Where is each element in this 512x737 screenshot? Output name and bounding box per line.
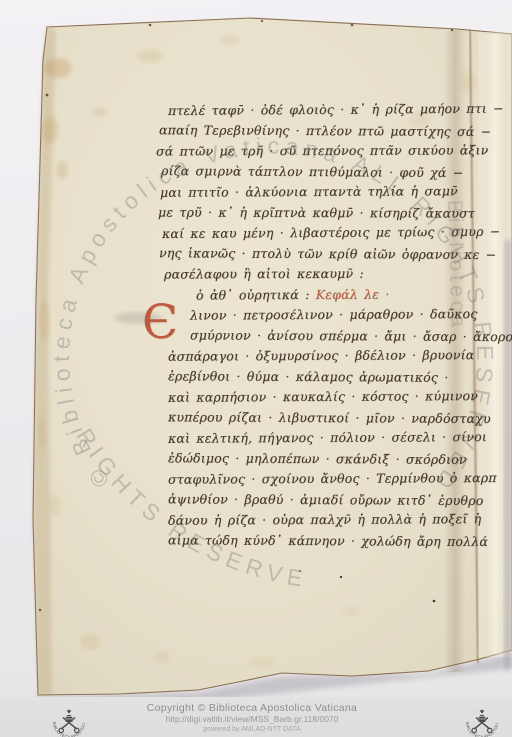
right-gutter-shade bbox=[504, 240, 512, 670]
source-url: http://digi.vatlib.it/view/MSS_Barb.gr.1… bbox=[0, 714, 508, 725]
ink-specks bbox=[299, 570, 435, 602]
manuscript-line: ἐδώδιμος · μηλοπέπων · σκάνδιξ · σκόρδιο… bbox=[156, 448, 456, 470]
manuscript-line: δάνου ἡ ρίζα · οὐρα παλχν̄ ἡ πολλὰ ἡ ποξ… bbox=[156, 509, 456, 531]
manuscript-line: λινον · πετροσέλινον · μάραθρον · δαῦκος bbox=[156, 304, 456, 326]
diuretics-lines: λινον · πετροσέλινον · μάραθρον · δαῦκος… bbox=[156, 305, 456, 551]
manuscript-line: μαι πτιτῖο · ἁλκύονια πταντὰ τηλία ἡ σαμ… bbox=[156, 181, 456, 203]
manuscript-line: σμύρνιον · ἀνίσου σπέρμα · ἄμι · ἄσαρ · … bbox=[156, 325, 456, 347]
manuscript-line: ἀσπάραγοι · ὀξυμυρσίνος · βδέλιον · βρυο… bbox=[156, 345, 456, 367]
manuscript-line: καί κε καυ μένη · λιβαστέροις με τρίως ·… bbox=[156, 222, 456, 245]
manuscript-line: ἀψινθίον · βραθύ · ἀμιαδί οὔρων κιτδ᾽ ἐρ… bbox=[156, 489, 456, 511]
manuscript-line: καὶ καρπήσιον · καυκαλίς · κόστος · κύμι… bbox=[156, 386, 456, 408]
left-edge-shade bbox=[33, 27, 56, 695]
manuscript-line: με τρῦ · κ᾽ ἡ κρῖπτνὰ καθμν̄ · κίσηρίζ ἄ… bbox=[156, 202, 456, 224]
footer-text: Copyright © Biblioteca Apostolica Vatica… bbox=[0, 702, 508, 734]
chapter-number-rubric: Κεφάλ λε · bbox=[316, 286, 390, 301]
chapter-heading-text: ὁ ἀθ᾽ οὐρητικά : bbox=[196, 286, 316, 302]
manuscript-line: ρασέλαφου ἢ αἰτοὶ κεκαυμν̄ : bbox=[156, 263, 456, 285]
vatican-library-seal-icon: BIBLIOTECA APOSTOLICA VATICANA bbox=[461, 703, 503, 737]
paragraph-diuretics: Є λινον · πετροσέλινον · μάραθρον · δαῦκ… bbox=[156, 305, 456, 551]
manuscript-line: κυπέρου ρίζαι · λιβυστικοί · μῖον · ναρδ… bbox=[156, 407, 456, 429]
paragraph-remedies: πτελέ ταφν̄ · ὀδέ φλοιὸς · κ᾽ ἡ ρίζα μαή… bbox=[156, 100, 456, 285]
manuscript-line: απαίη Τερεβινθίνης · πτλέον πτῶ μαστίχης… bbox=[156, 120, 456, 142]
chapter-heading: ὁ ἀθ᾽ οὐρητικά : Κεφάλ λε · bbox=[156, 284, 456, 306]
manuscript-line: ἐρεβίνθοι · θύμα · κάλαμος ἀρωματικός · bbox=[156, 366, 456, 388]
copyright-line: Copyright © Biblioteca Apostolica Vatica… bbox=[0, 702, 508, 714]
manuscript-text-block: πτελέ ταφν̄ · ὀδέ φλοιὸς · κ᾽ ἡ ρίζα μαή… bbox=[156, 100, 456, 551]
manuscript-line: καὶ κελτική, πήγανος · πόλιον · σέσελι ·… bbox=[156, 427, 456, 449]
manuscript-line: πτελέ ταφν̄ · ὀδέ φλοιὸς · κ᾽ ἡ ρίζα μαή… bbox=[156, 99, 456, 122]
manuscript-line: ρίζα σμιρνὰ τάπτλον πτιθύμαλοι · φοῦ χά … bbox=[156, 160, 456, 183]
manuscript-line: σά πτῶν με τρῆ · σῦ πτεπόνος πτᾶν σικύου… bbox=[156, 140, 456, 162]
manuscript-line: αἱμα τώδη κύνδ᾽ κάπνηον · χολώδη ἄρη πολ… bbox=[156, 530, 456, 552]
digitized-manuscript-viewer: πτελέ ταφν̄ · ὀδέ φλοιὸς · κ᾽ ἡ ρίζα μαή… bbox=[0, 0, 512, 737]
footer-bar: BIBLIOTECA APOSTOLICA VATICANA Copyright… bbox=[0, 697, 512, 737]
manuscript-line: σταφυλῖνος · σχοίνου ἄνθος · Τερμίνθου ὁ… bbox=[156, 468, 456, 490]
manuscript-line: νης ἱκανῶς · πτολὺ τῶν κρίθ αἰῶν ὀφρανον… bbox=[156, 243, 456, 265]
powered-by-line: powered by AMLAD-NTT DATA bbox=[0, 725, 508, 734]
